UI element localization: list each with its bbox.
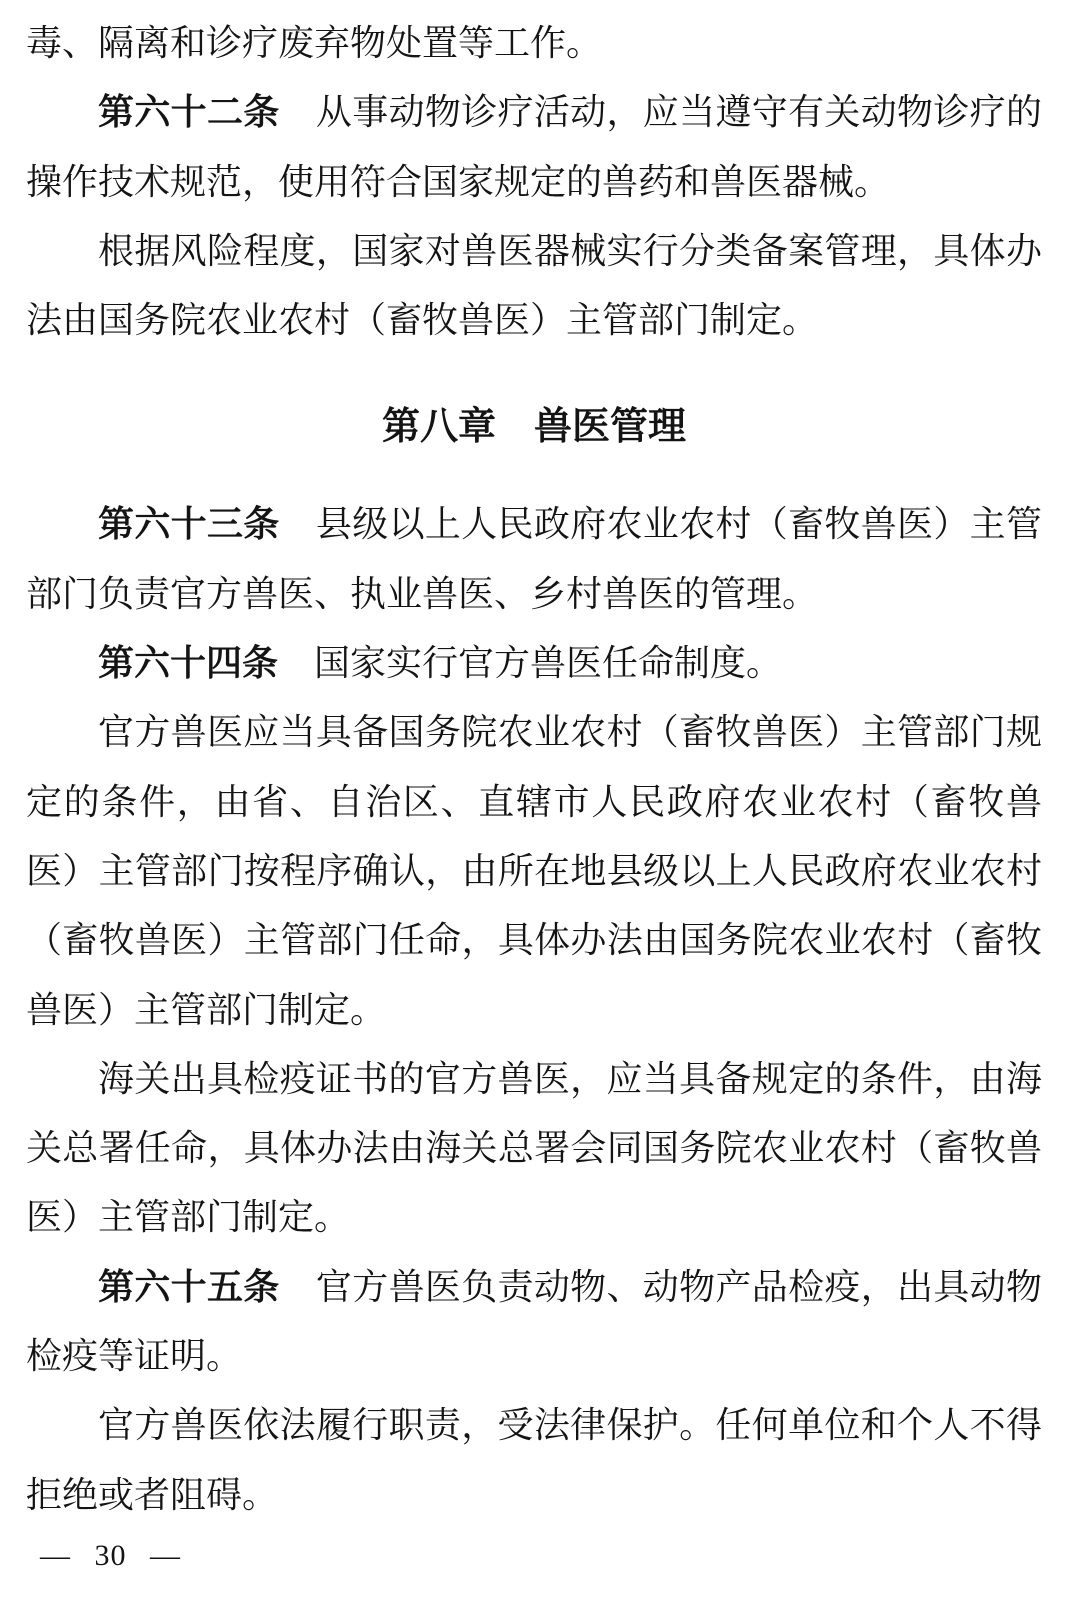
line-text: 医）主管部门制定。 [26,1197,350,1237]
article-number: 第六十四条 [98,643,278,684]
line-text: （畜牧兽医）主管部门任命，具体办法由国务院农业农村（畜牧 [26,920,1042,960]
line-text: 医）主管部门按程序确认，由所在地县级以上人民政府农业农村 [26,851,1042,891]
text-line: 第六十三条 县级以上人民政府农业农村（畜牧兽医）主管 [26,490,1042,559]
text-line: 第六十二条 从事动物诊疗活动，应当遵守有关动物诊疗的 [26,78,1042,147]
text-line: 定的条件，由省、自治区、直辖市人民政府农业农村（畜牧兽 [26,768,1042,837]
article-number: 第六十五条 [98,1267,280,1308]
document-page: 毒、隔离和诊疗废弃物处置等工作。 第六十二条 从事动物诊疗活动，应当遵守有关动物… [0,0,1080,1597]
line-text: 拒绝或者阻碍。 [26,1475,278,1515]
line-text: 官方兽医依法履行职责，受法律保护。任何单位和个人不得 [98,1405,1042,1445]
line-text: 部门负责官方兽医、执业兽医、乡村兽医的管理。 [26,574,818,614]
text-line: 医）主管部门制定。 [26,1183,1042,1252]
text-line: 法由国务院农业农村（畜牧兽医）主管部门制定。 [26,286,1042,355]
text-line: 兽医）主管部门制定。 [26,976,1042,1045]
page-footer: — 30 — [0,1538,1080,1574]
line-text: 毒、隔离和诊疗废弃物处置等工作。 [26,23,602,63]
text-line: 检疫等证明。 [26,1322,1042,1391]
text-line: 第六十五条 官方兽医负责动物、动物产品检疫，出具动物 [26,1253,1042,1322]
line-text: 县级以上人民政府农业农村（畜牧兽医）主管 [280,504,1042,544]
line-text: 海关出具检疫证书的官方兽医，应当具备规定的条件，由海 [98,1059,1042,1099]
text-line: 拒绝或者阻碍。 [26,1461,1042,1530]
line-text: 兽医）主管部门制定。 [26,990,386,1030]
line-text: 操作技术规范，使用符合国家规定的兽药和兽医器械。 [26,162,890,202]
text-line: 海关出具检疫证书的官方兽医，应当具备规定的条件，由海 [26,1045,1042,1114]
line-text: 法由国务院农业农村（畜牧兽医）主管部门制定。 [26,300,818,340]
line-text: 检疫等证明。 [26,1336,242,1376]
article-number: 第六十二条 [98,92,280,133]
line-text: 根据风险程度，国家对兽医器械实行分类备案管理，具体办 [98,231,1042,271]
line-text: 官方兽医应当具备国务院农业农村（畜牧兽医）主管部门规 [98,712,1042,752]
text-line: 部门负责官方兽医、执业兽医、乡村兽医的管理。 [26,560,1042,629]
text-line: 根据风险程度，国家对兽医器械实行分类备案管理，具体办 [26,217,1042,286]
page-number: — 30 — [40,1539,181,1572]
article-number: 第六十三条 [98,504,280,545]
text-line: 医）主管部门按程序确认，由所在地县级以上人民政府农业农村 [26,837,1042,906]
line-text: 定的条件，由省、自治区、直辖市人民政府农业农村（畜牧兽 [26,782,1042,822]
line-text: 从事动物诊疗活动，应当遵守有关动物诊疗的 [280,92,1042,132]
text-line: 官方兽医依法履行职责，受法律保护。任何单位和个人不得 [26,1391,1042,1460]
text-line: 操作技术规范，使用符合国家规定的兽药和兽医器械。 [26,148,1042,217]
line-text: 国家实行官方兽医任命制度。 [278,643,782,683]
line-text: 关总署任命，具体办法由海关总署会同国务院农业农村（畜牧兽 [26,1128,1042,1168]
chapter-heading: 第八章 兽医管理 [26,355,1042,490]
document-body: 毒、隔离和诊疗废弃物处置等工作。 第六十二条 从事动物诊疗活动，应当遵守有关动物… [0,0,1080,1530]
text-line: 关总署任命，具体办法由海关总署会同国务院农业农村（畜牧兽 [26,1114,1042,1183]
text-line: 毒、隔离和诊疗废弃物处置等工作。 [26,9,1042,78]
text-line: 第六十四条 国家实行官方兽医任命制度。 [26,629,1042,698]
line-text: 官方兽医负责动物、动物产品检疫，出具动物 [280,1267,1042,1307]
text-line: 官方兽医应当具备国务院农业农村（畜牧兽医）主管部门规 [26,698,1042,767]
text-line: （畜牧兽医）主管部门任命，具体办法由国务院农业农村（畜牧 [26,906,1042,975]
